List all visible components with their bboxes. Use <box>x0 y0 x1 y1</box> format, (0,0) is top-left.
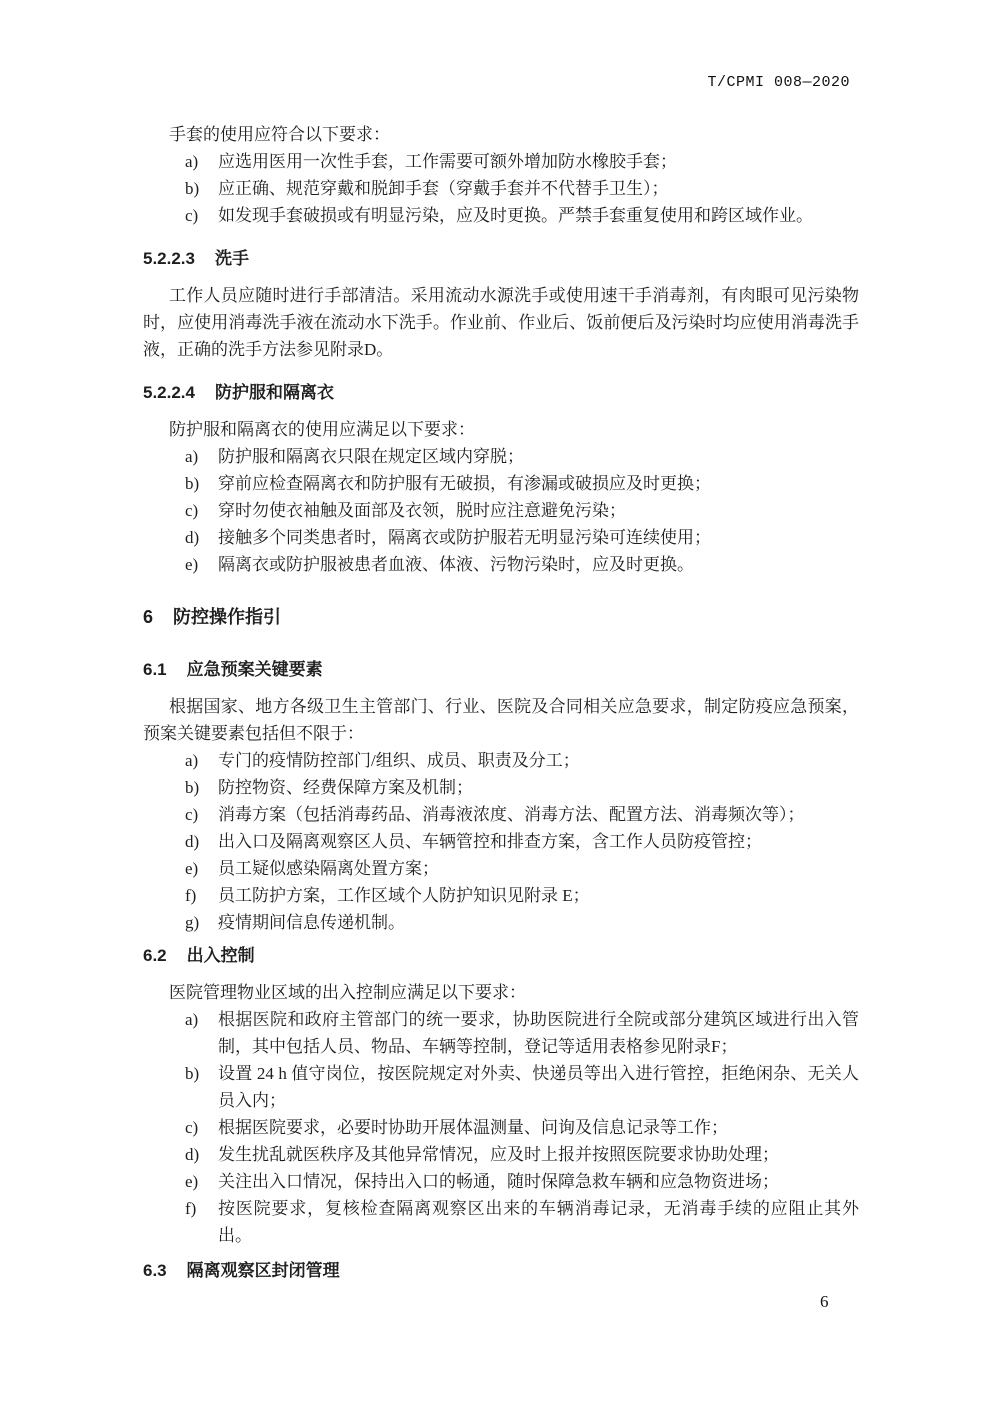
list-item-label: c) <box>185 497 218 524</box>
list-item-text: 关注出入口情况，保持出入口的畅通，随时保障急救车辆和应急物资进场； <box>218 1168 859 1195</box>
list-item-c: c)消毒方案（包括消毒药品、消毒液浓度、消毒方法、配置方法、消毒频次等）； <box>143 801 859 828</box>
page-number: 6 <box>820 1292 829 1312</box>
list-item-text: 防护服和隔离衣只限在规定区域内穿脱； <box>218 443 859 470</box>
section-number: 6 <box>143 604 153 631</box>
section-title: 洗手 <box>215 245 249 272</box>
section-heading-5.2.2.3: 5.2.2.3洗手 <box>143 245 859 272</box>
section-title: 防控操作指引 <box>173 604 281 631</box>
list-item-b: b)穿前应检查隔离衣和防护服有无破损，有渗漏或破损应及时更换； <box>143 470 859 497</box>
list-item-label: a) <box>185 1006 218 1060</box>
paragraph: 防护服和隔离衣的使用应满足以下要求： <box>143 416 859 443</box>
list-item-text: 员工疑似感染隔离处置方案； <box>218 855 859 882</box>
list-item-e: e)关注出入口情况，保持出入口的畅通，随时保障急救车辆和应急物资进场； <box>143 1168 859 1195</box>
list-item-text: 防控物资、经费保障方案及机制； <box>218 774 859 801</box>
list-item-a: a)防护服和隔离衣只限在规定区域内穿脱； <box>143 443 859 470</box>
list-item-label: b) <box>185 774 218 801</box>
list-item-label: e) <box>185 551 218 578</box>
list-item-b: b)设置 24 h 值守岗位，按医院规定对外卖、快递员等出入进行管控，拒绝闲杂、… <box>143 1060 859 1114</box>
list-item-text: 根据医院要求，必要时协助开展体温测量、问询及信息记录等工作； <box>218 1114 859 1141</box>
list-item-d: d)接触多个同类患者时，隔离衣或防护服若无明显污染可连续使用； <box>143 524 859 551</box>
list-item-text: 根据医院和政府主管部门的统一要求，协助医院进行全院或部分建筑区域进行出入管制，其… <box>218 1006 859 1060</box>
list-item-label: b) <box>185 470 218 497</box>
list-item-text: 如发现手套破损或有明显污染，应及时更换。严禁手套重复使用和跨区域作业。 <box>218 202 859 229</box>
list-item-label: a) <box>185 148 218 175</box>
section-heading-6: 6防控操作指引 <box>143 604 859 631</box>
list-item-label: b) <box>185 175 218 202</box>
document-body: 手套的使用应符合以下要求：a)应选用医用一次性手套，工作需要可额外增加防水橡胶手… <box>143 0 859 1294</box>
section-heading-6.2: 6.2出入控制 <box>143 942 859 969</box>
section-heading-5.2.2.4: 5.2.2.4防护服和隔离衣 <box>143 379 859 406</box>
list-item-label: e) <box>185 855 218 882</box>
list-item-c: c)如发现手套破损或有明显污染，应及时更换。严禁手套重复使用和跨区域作业。 <box>143 202 859 229</box>
list-item-label: f) <box>185 882 218 909</box>
section-title: 出入控制 <box>187 942 255 969</box>
list-item-e: e)隔离衣或防护服被患者血液、体液、污物污染时，应及时更换。 <box>143 551 859 578</box>
paragraph: 根据国家、地方各级卫生主管部门、行业、医院及合同相关应急要求，制定防疫应急预案，… <box>143 693 859 747</box>
list-item-label: g) <box>185 909 218 936</box>
section-number: 5.2.2.3 <box>143 245 195 272</box>
paragraph: 手套的使用应符合以下要求： <box>143 121 859 148</box>
list-item-text: 穿时勿使衣袖触及面部及衣领，脱时应注意避免污染； <box>218 497 859 524</box>
list-item-text: 疫情期间信息传递机制。 <box>218 909 859 936</box>
section-number: 6.3 <box>143 1257 167 1284</box>
list-item-text: 隔离衣或防护服被患者血液、体液、污物污染时，应及时更换。 <box>218 551 859 578</box>
list-item-label: c) <box>185 202 218 229</box>
list-item-text: 出入口及隔离观察区人员、车辆管控和排查方案，含工作人员防疫管控； <box>218 828 859 855</box>
list-item-g: g)疫情期间信息传递机制。 <box>143 909 859 936</box>
list-item-text: 接触多个同类患者时，隔离衣或防护服若无明显污染可连续使用； <box>218 524 859 551</box>
list-item-label: d) <box>185 828 218 855</box>
list-item-text: 应选用医用一次性手套，工作需要可额外增加防水橡胶手套； <box>218 148 859 175</box>
list-item-text: 按医院要求，复核检查隔离观察区出来的车辆消毒记录，无消毒手续的应阻止其外出。 <box>218 1195 859 1249</box>
list-item-label: d) <box>185 524 218 551</box>
list-item-label: c) <box>185 1114 218 1141</box>
list-item-b: b)防控物资、经费保障方案及机制； <box>143 774 859 801</box>
list-item-f: f)按医院要求，复核检查隔离观察区出来的车辆消毒记录，无消毒手续的应阻止其外出。 <box>143 1195 859 1249</box>
paragraph: 医院管理物业区域的出入控制应满足以下要求： <box>143 979 859 1006</box>
list-item-label: e) <box>185 1168 218 1195</box>
list-item-text: 应正确、规范穿戴和脱卸手套（穿戴手套并不代替手卫生）； <box>218 175 859 202</box>
list-item-label: a) <box>185 443 218 470</box>
list-item-text: 消毒方案（包括消毒药品、消毒液浓度、消毒方法、配置方法、消毒频次等）； <box>218 801 859 828</box>
section-heading-6.3: 6.3隔离观察区封闭管理 <box>143 1257 859 1284</box>
section-title: 应急预案关键要素 <box>187 656 323 683</box>
section-title: 隔离观察区封闭管理 <box>187 1257 340 1284</box>
list-item-label: c) <box>185 801 218 828</box>
list-item-text: 专门的疫情防控部门/组织、成员、职责及分工； <box>218 747 859 774</box>
list-item-c: c)根据医院要求，必要时协助开展体温测量、问询及信息记录等工作； <box>143 1114 859 1141</box>
list-item-a: a)专门的疫情防控部门/组织、成员、职责及分工； <box>143 747 859 774</box>
list-item-a: a)根据医院和政府主管部门的统一要求，协助医院进行全院或部分建筑区域进行出入管制… <box>143 1006 859 1060</box>
list-item-e: e)员工疑似感染隔离处置方案； <box>143 855 859 882</box>
list-item-label: a) <box>185 747 218 774</box>
section-heading-6.1: 6.1应急预案关键要素 <box>143 656 859 683</box>
list-item-d: d)发生扰乱就医秩序及其他异常情况，应及时上报并按照医院要求协助处理； <box>143 1141 859 1168</box>
list-item-c: c)穿时勿使衣袖触及面部及衣领，脱时应注意避免污染； <box>143 497 859 524</box>
document-page: T/CPMI 008—2020 手套的使用应符合以下要求：a)应选用医用一次性手… <box>0 0 1000 1415</box>
section-number: 6.1 <box>143 656 167 683</box>
list-item-label: f) <box>185 1195 218 1249</box>
list-item-a: a)应选用医用一次性手套，工作需要可额外增加防水橡胶手套； <box>143 148 859 175</box>
list-item-label: b) <box>185 1060 218 1114</box>
list-item-b: b)应正确、规范穿戴和脱卸手套（穿戴手套并不代替手卫生）； <box>143 175 859 202</box>
list-item-text: 设置 24 h 值守岗位，按医院规定对外卖、快递员等出入进行管控，拒绝闲杂、无关… <box>218 1060 859 1114</box>
list-item-text: 穿前应检查隔离衣和防护服有无破损，有渗漏或破损应及时更换； <box>218 470 859 497</box>
section-number: 5.2.2.4 <box>143 379 195 406</box>
section-number: 6.2 <box>143 942 167 969</box>
list-item-label: d) <box>185 1141 218 1168</box>
paragraph: 工作人员应随时进行手部清洁。采用流动水源洗手或使用速干手消毒剂，有肉眼可见污染物… <box>143 282 859 363</box>
list-item-f: f)员工防护方案，工作区域个人防护知识见附录 E； <box>143 882 859 909</box>
list-item-text: 员工防护方案，工作区域个人防护知识见附录 E； <box>218 882 859 909</box>
list-item-text: 发生扰乱就医秩序及其他异常情况，应及时上报并按照医院要求协助处理； <box>218 1141 859 1168</box>
list-item-d: d)出入口及隔离观察区人员、车辆管控和排查方案，含工作人员防疫管控； <box>143 828 859 855</box>
section-title: 防护服和隔离衣 <box>215 379 334 406</box>
